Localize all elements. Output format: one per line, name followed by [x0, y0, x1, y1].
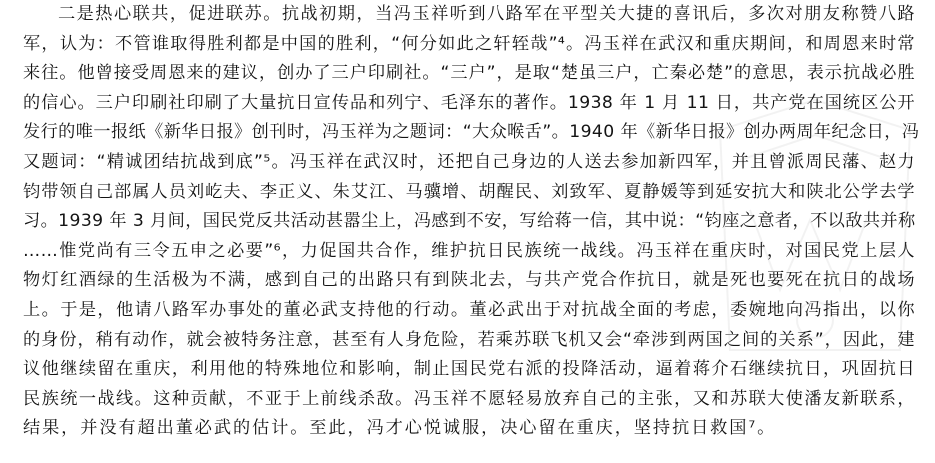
text-line-8: 习。1939 年 3 月间，国民党反共活动甚嚣尘上，冯感到不安，写给蒋一信，其中…	[23, 207, 915, 237]
text-line-9: ……惟党尚有三令五申之必要”⁶，力促国共合作，维护抗日民族统一战线。冯玉祥在重庆…	[23, 237, 915, 267]
document-page: 二是热心联共，促进联苏。抗战初期，当冯玉祥听到八路军在平型关大捷的喜讯后，多次对…	[23, 0, 915, 444]
text-line-14: 民族统一战线。这种贡献，不亚于上前线杀敌。冯玉祥不愿轻易放弃自己的主张，又和苏联…	[23, 385, 915, 415]
text-line-2: 军，认为：不管谁取得胜利都是中国的胜利，“何分如此之轩轾哉”⁴。冯玉祥在武汉和重…	[23, 30, 915, 60]
text-line-15: 结果，并没有超出董必武的估计。至此，冯才心悦诚服，决心留在重庆，坚持抗日救国⁷。	[23, 414, 915, 444]
text-line-13: 议他继续留在重庆，利用他的特殊地位和影响，制止国民党右派的投降活动，逼着蒋介石继…	[23, 355, 915, 385]
text-line-4: 的信心。三户印刷社印刷了大量抗日宣传品和列宁、毛泽东的著作。1938 年 1 月…	[23, 89, 915, 119]
text-line-5: 发行的唯一报纸《新华日报》创刊时，冯玉祥为之题词：“大众喉舌”。1940 年《新…	[23, 118, 915, 148]
text-line-10: 物灯红酒绿的生活极为不满，感到自己的出路只有到陕北去，与共产党合作抗日，就是死也…	[23, 266, 915, 296]
text-line-3: 来往。他曾接受周恩来的建议，创办了三户印刷社。“三户”，是取“楚虽三户，亡秦必楚…	[23, 59, 915, 89]
text-line-1: 二是热心联共，促进联苏。抗战初期，当冯玉祥听到八路军在平型关大捷的喜讯后，多次对…	[23, 0, 915, 30]
text-line-7: 钧带领自己部属人员刘屹夫、李正义、朱艾江、马骥增、胡醒民、刘致军、夏静媛等到延安…	[23, 178, 915, 208]
text-line-11: 上。于是，他请八路军办事处的董必武支持他的行动。董必武出于对抗战全面的考虑，委婉…	[23, 296, 915, 326]
text-line-12: 的身份，稍有动作，就会被特务注意，甚至有人身危险，若乘苏联飞机又会“牵涉到两国之…	[23, 326, 915, 356]
text-line-6: 又题词：“精诚团结抗战到底”⁵。冯玉祥在武汉时，还把自己身边的人送去参加新四军，…	[23, 148, 915, 178]
